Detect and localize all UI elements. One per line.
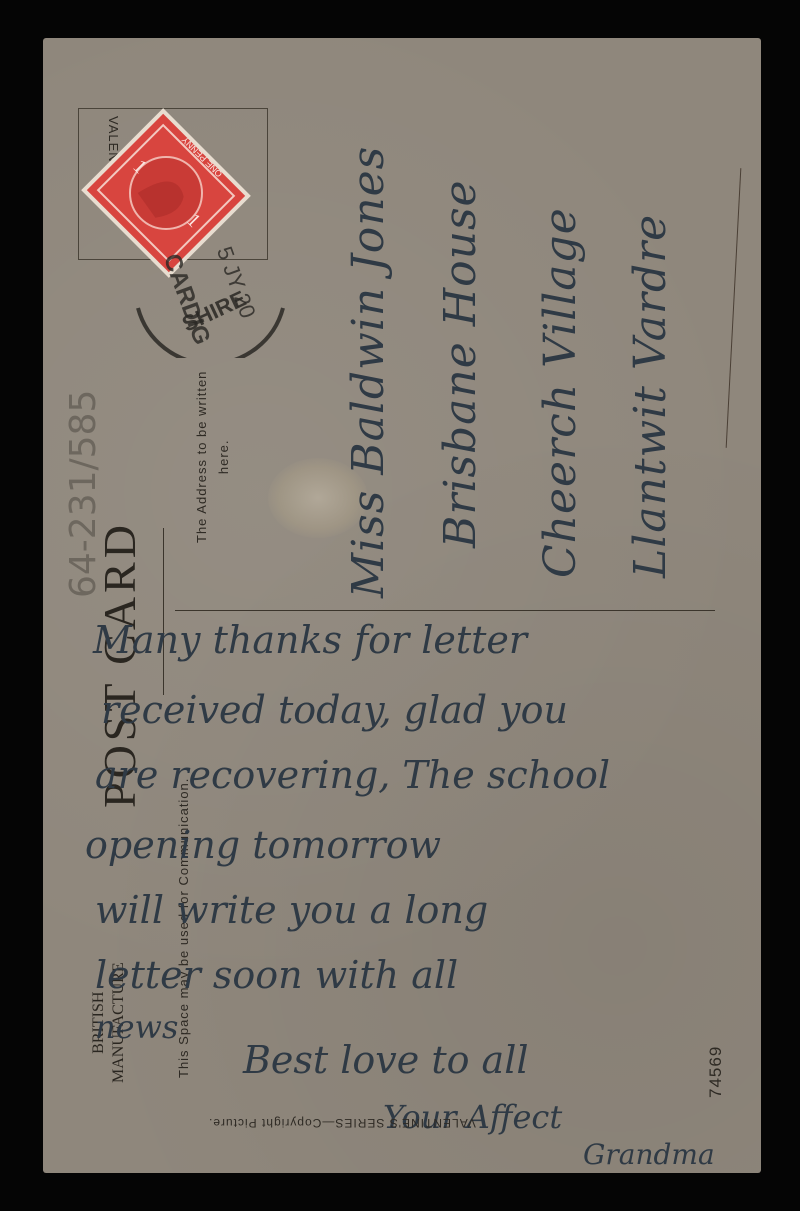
address-line-2: Brisbane House [435, 179, 486, 548]
series-number: 74569 [706, 1046, 726, 1098]
message-line-2: received today, glad you [101, 688, 568, 732]
message-line-3: are recovering, The school [95, 753, 610, 797]
message-line-4: opening tomorrow [85, 823, 441, 867]
message-line-1: Many thanks for letter [93, 618, 527, 662]
message-line-5: will write you a long [95, 888, 488, 932]
publisher-line: VALENTINE'S SERIES—Copyright Picture. [208, 1116, 476, 1130]
postcard: VALENTINE'S ONE PENNY 1 1 SHIRE CARDIG 5… [43, 38, 761, 1173]
address-line-3: Cheerch Village [535, 207, 586, 578]
message-line-6: letter soon with all [95, 953, 458, 997]
address-line-4: Llantwit Vardre [625, 214, 676, 578]
message-line-7: news [95, 1008, 178, 1046]
horizontal-divider [175, 610, 715, 611]
vertical-divider [163, 528, 164, 695]
svg-text:CARDIG: CARDIG [158, 250, 216, 348]
sign-off: Best love to all [243, 1038, 529, 1082]
pen-stroke [726, 168, 742, 448]
address-line-1: Miss Baldwin Jones [343, 146, 394, 598]
postmark: SHIRE CARDIG 5 JY 20 [103, 158, 303, 358]
signature: Grandma [583, 1138, 715, 1171]
address-instruction: The Address to be written here. [191, 371, 235, 543]
